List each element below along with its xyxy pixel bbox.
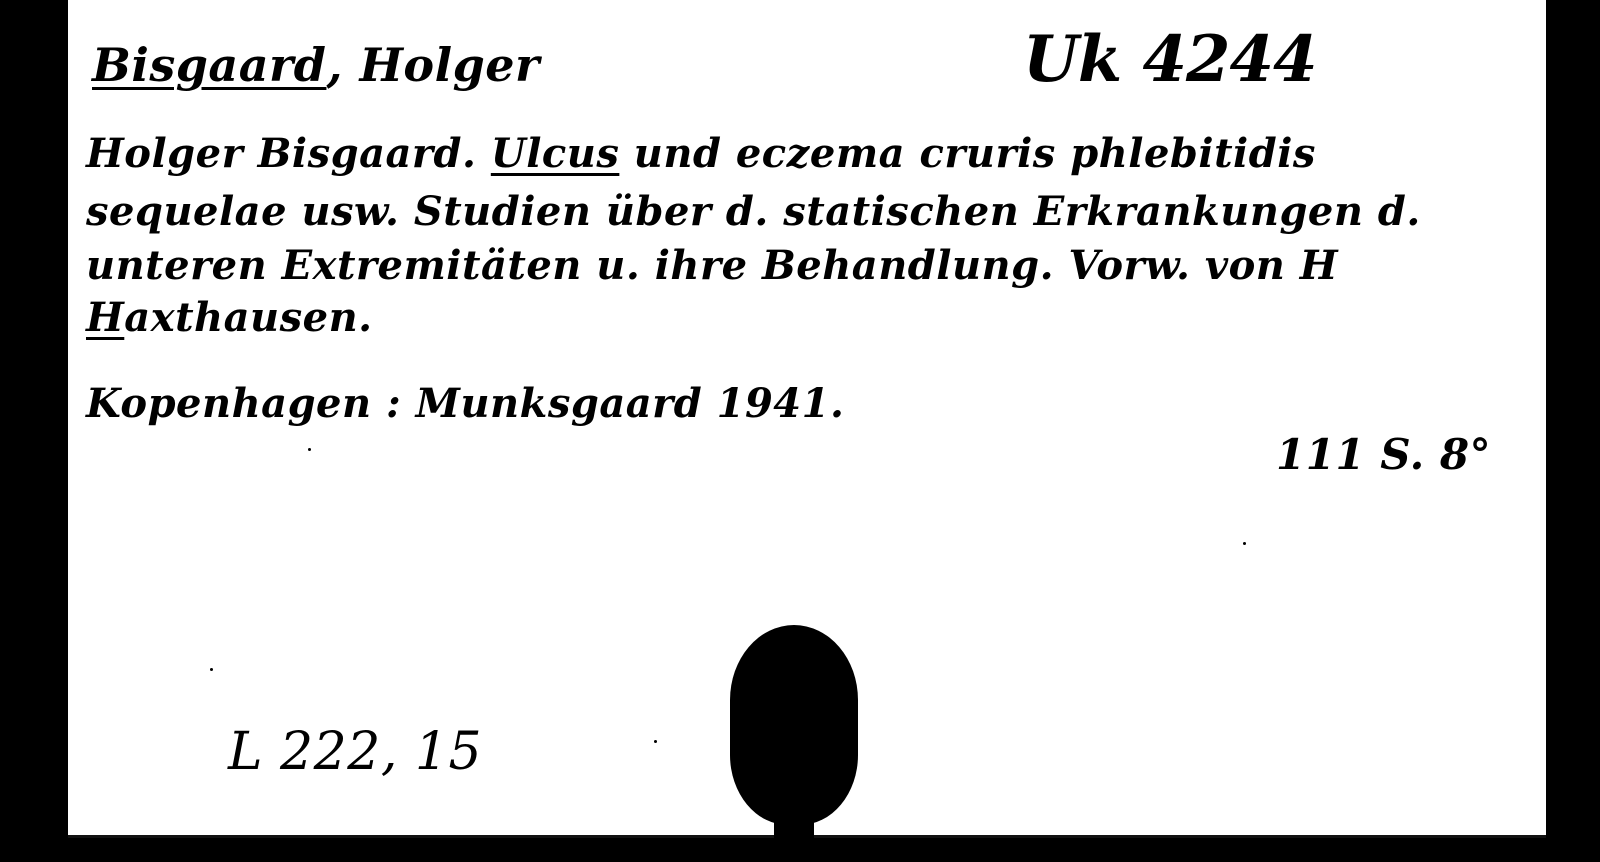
imprint: Kopenhagen : Munksgaard 1941.: [86, 380, 844, 427]
editor-initial: H: [86, 294, 124, 341]
title-line-4: Haxthausen.: [86, 294, 373, 341]
title-line-2: sequelae usw. Studien über d. statischen…: [86, 188, 1421, 235]
editor-rest: axthausen.: [124, 294, 372, 341]
dust-speck: [1243, 542, 1246, 545]
dust-speck: [654, 740, 657, 743]
punch-hole-slot: [774, 800, 814, 840]
dust-speck: [210, 668, 213, 671]
shelf-mark: L 222, 15: [228, 722, 482, 782]
punch-hole: [730, 625, 858, 825]
title-rest: und eczema cruris phlebitidis: [619, 130, 1316, 177]
dust-speck: [308, 448, 311, 451]
dust-speck: [438, 75, 441, 78]
name-separator: ,: [326, 38, 359, 92]
author-forename: Holger: [359, 38, 539, 92]
title-line-3: unteren Extremitäten u. ihre Behandlung.…: [86, 242, 1338, 289]
title-line-1: Holger Bisgaard. Ulcus und eczema cruris…: [86, 130, 1316, 177]
physical-extent: 111 S. 8°: [1276, 430, 1491, 479]
card-heading: Bisgaard, Holger: [92, 38, 540, 92]
title-author: Holger Bisgaard.: [86, 130, 491, 177]
title-keyword: Ulcus: [491, 130, 620, 177]
call-number: Uk 4244: [1023, 22, 1317, 97]
author-surname: Bisgaard: [92, 38, 326, 92]
catalog-card: Bisgaard, Holger Uk 4244 Holger Bisgaard…: [68, 0, 1546, 838]
